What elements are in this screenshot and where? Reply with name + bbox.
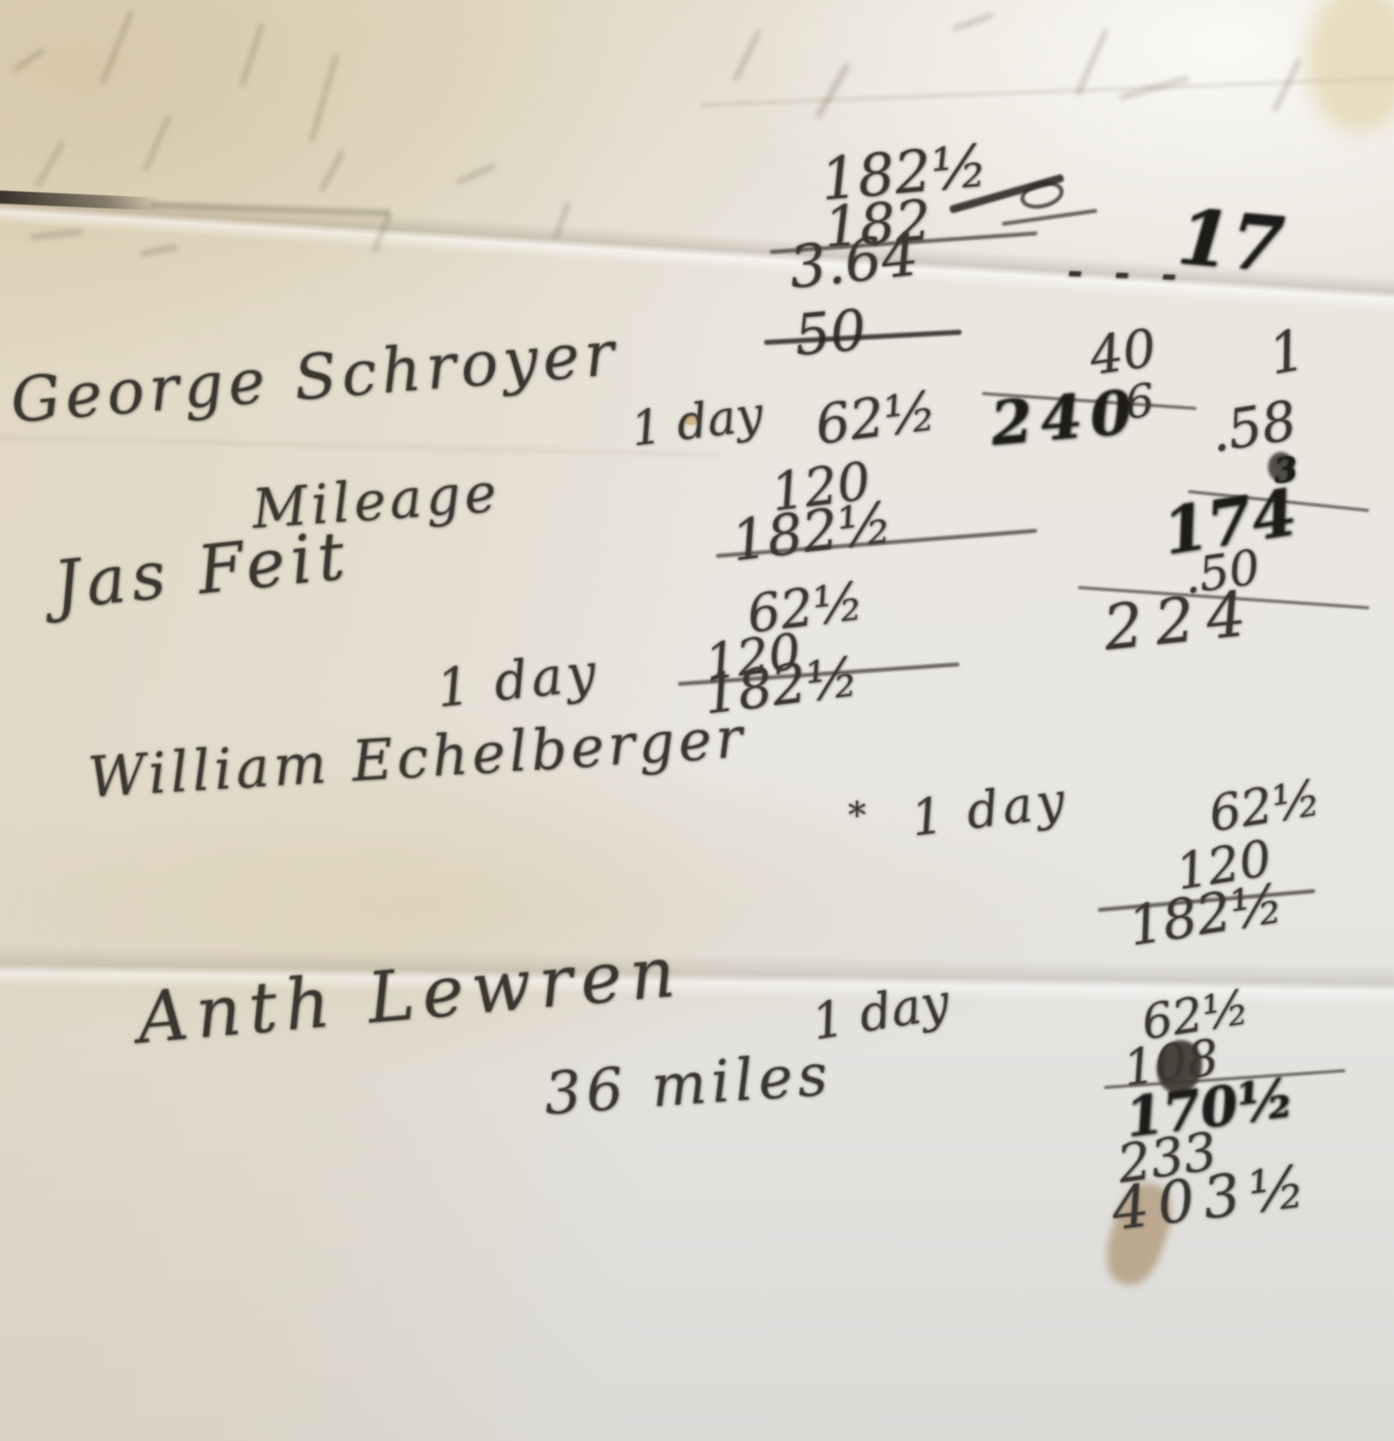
calc-dashes: - - - [1066,248,1186,297]
bleed-stroke [1076,28,1109,95]
ink-stroke-left-edge [0,190,160,211]
entry-george-qty: 1 day [628,386,766,458]
entry-jas-qty: 1 day [434,643,603,720]
entry-william-name: William Echelberger [86,706,748,811]
entry-william-qty: 1 day [908,771,1072,848]
entry-anth-name: Anth Lewren [134,930,686,1059]
bleed-stroke [309,53,338,143]
william-182: 182½ [1124,872,1287,959]
george-col-a-1: 1 [1264,318,1310,388]
bleed-stroke [456,164,496,185]
bleed-stroke [372,211,392,253]
bleed-stroke [35,140,64,187]
george-subtotal-182: 182½ [728,490,896,574]
entry-george-rate: 62½ [812,379,940,456]
bleed-stroke [240,23,264,87]
bleed-stroke [733,30,761,82]
document-photo: 182½ 182 3.64 17 - - - 50 George Schroye… [0,0,1394,1441]
bleed-stroke [101,10,134,84]
bleed-stroke [30,229,82,239]
entry-jas-name: Jas Feit [50,517,354,625]
bleed-stroke [143,114,172,172]
bleed-stroke [1272,58,1301,112]
george-col-a-240: 240 [988,377,1143,460]
entry-george-name: George Schroyer [8,316,622,437]
bleed-stroke [953,13,994,31]
george-col-b-224: 224 [1100,576,1261,665]
ink-stroke-left-tail [150,202,390,216]
calc-total: 3.64 [786,221,922,302]
calc-crossed-out: 50 [792,298,869,369]
anth-miles: 36 miles [542,1040,834,1128]
bleed-stroke [319,150,344,192]
fold-crease-faint-mid [0,430,720,461]
bleed-stroke [815,63,850,119]
bleed-stroke [12,48,46,73]
bleed-stroke [553,201,570,240]
cancel-flourish-tail [1002,209,1098,226]
william-mark: * [848,796,866,837]
bleed-stroke [1119,76,1189,100]
bleed-stroke [140,245,178,257]
calc-bold-mark: 17 [1174,192,1287,290]
stain-top-right [1306,0,1394,132]
